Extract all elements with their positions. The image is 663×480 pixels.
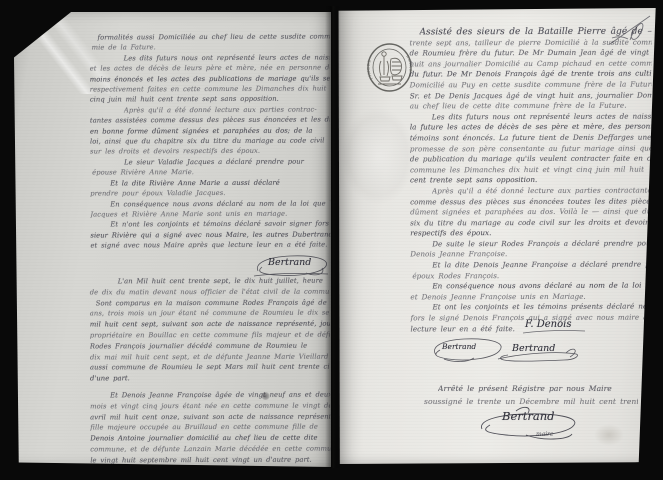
- signature-name: Bertrand: [442, 342, 476, 351]
- signature-name: F. Denois: [525, 319, 571, 330]
- handwritten-line: propriétaire en Bouillac en cette commun…: [90, 330, 330, 342]
- signature-name: Bertrand: [268, 257, 311, 268]
- scanned-register-spread: formalités aussi Domiciliée au chef lieu…: [0, 0, 663, 480]
- left-page-act-opening-text: L'an Mil huit cent trente sept, le dix h…: [90, 276, 331, 466]
- stamp-figure-icon: [378, 52, 402, 84]
- handwritten-line: Assisté des sieurs de la Bataille Pierre…: [419, 27, 651, 38]
- signature-bertrand-right: Bertrand: [496, 341, 580, 369]
- handwritten-line: Et la dite Denois Jeanne Françoise a déc…: [432, 260, 652, 271]
- handwritten-line: De suite le sieur Rodes François a décla…: [432, 238, 652, 249]
- handwritten-line: Sont comparus en la maison commune Rodes…: [96, 297, 330, 309]
- handwritten-line: le vingt huit septembre mil huit cent vi…: [90, 454, 330, 466]
- handwritten-line: Après qu'il a été donné lecture aux part…: [432, 185, 652, 196]
- handwritten-line: fille majeure occupée au Bruillaud en ce…: [90, 422, 330, 434]
- right-page: TIMBRE ROYAL: [336, 8, 656, 464]
- handwritten-line: Et Denois Jeanne Françoise âgée de vingt…: [110, 390, 330, 402]
- handwritten-line: et signé avec nous Maire après que lectu…: [90, 240, 330, 251]
- handwritten-line: avril mil huit cent onze, suivant son ac…: [90, 411, 330, 423]
- handwritten-line: de dix du matin devant nous officier de …: [90, 286, 330, 298]
- handwritten-line: Denois Antoine journalier domicilié au c…: [90, 433, 330, 445]
- handwritten-line: En conséquence nous avons déclaré au nom…: [432, 281, 652, 292]
- revenue-stamp: TIMBRE ROYAL: [366, 41, 413, 94]
- signature-title: maire: [536, 431, 554, 438]
- left-page-act-closing-text: formalités aussi Domiciliée au chef lieu…: [90, 31, 331, 251]
- handwritten-line: Et ont les conjoints et les témoins prés…: [432, 302, 652, 313]
- paper-stain: [594, 424, 624, 446]
- handwritten-line: d'une part.: [90, 373, 330, 385]
- handwritten-line: mil huit cent sept, suivant son acte de …: [90, 319, 330, 331]
- signature-name: Bertrand: [502, 409, 555, 423]
- embossed-seal: [342, 108, 414, 204]
- signature-bertrand-maire: Bertrand maire: [476, 405, 582, 447]
- handwritten-line: Les dits futurs nous ont représenté leur…: [432, 111, 652, 122]
- handwritten-line: dix mai mil huit cent sept, et de défunt…: [90, 351, 330, 363]
- signature-bertrand-left: Bertrand: [428, 335, 506, 365]
- left-page: formalités aussi Domiciliée au chef lieu…: [14, 12, 331, 467]
- handwritten-line: commune, et de défunte Lanzain Marie déc…: [90, 444, 330, 456]
- right-page-body-text: Assisté des sieurs de la Bataille Pierre…: [409, 27, 652, 335]
- handwritten-line: ans, trois mois un jour étant né commune…: [90, 308, 330, 320]
- signature-witness: F. Denois: [519, 318, 589, 338]
- signature-name: Bertrand: [512, 343, 555, 354]
- handwritten-line: Rodes François journalier décédé commune…: [90, 340, 330, 352]
- handwritten-line: aussi commune de Roumieu le sept Mars mi…: [90, 362, 330, 374]
- handwritten-line: époux Rodes François.: [412, 270, 652, 281]
- handwritten-line: Arrêté le présent Régistre par nous Mair…: [438, 382, 638, 395]
- handwritten-line: mois et vingt cinq jours étant née en ce…: [90, 400, 330, 412]
- handwritten-line: L'an Mil huit cent trente sept, le dix h…: [118, 276, 330, 288]
